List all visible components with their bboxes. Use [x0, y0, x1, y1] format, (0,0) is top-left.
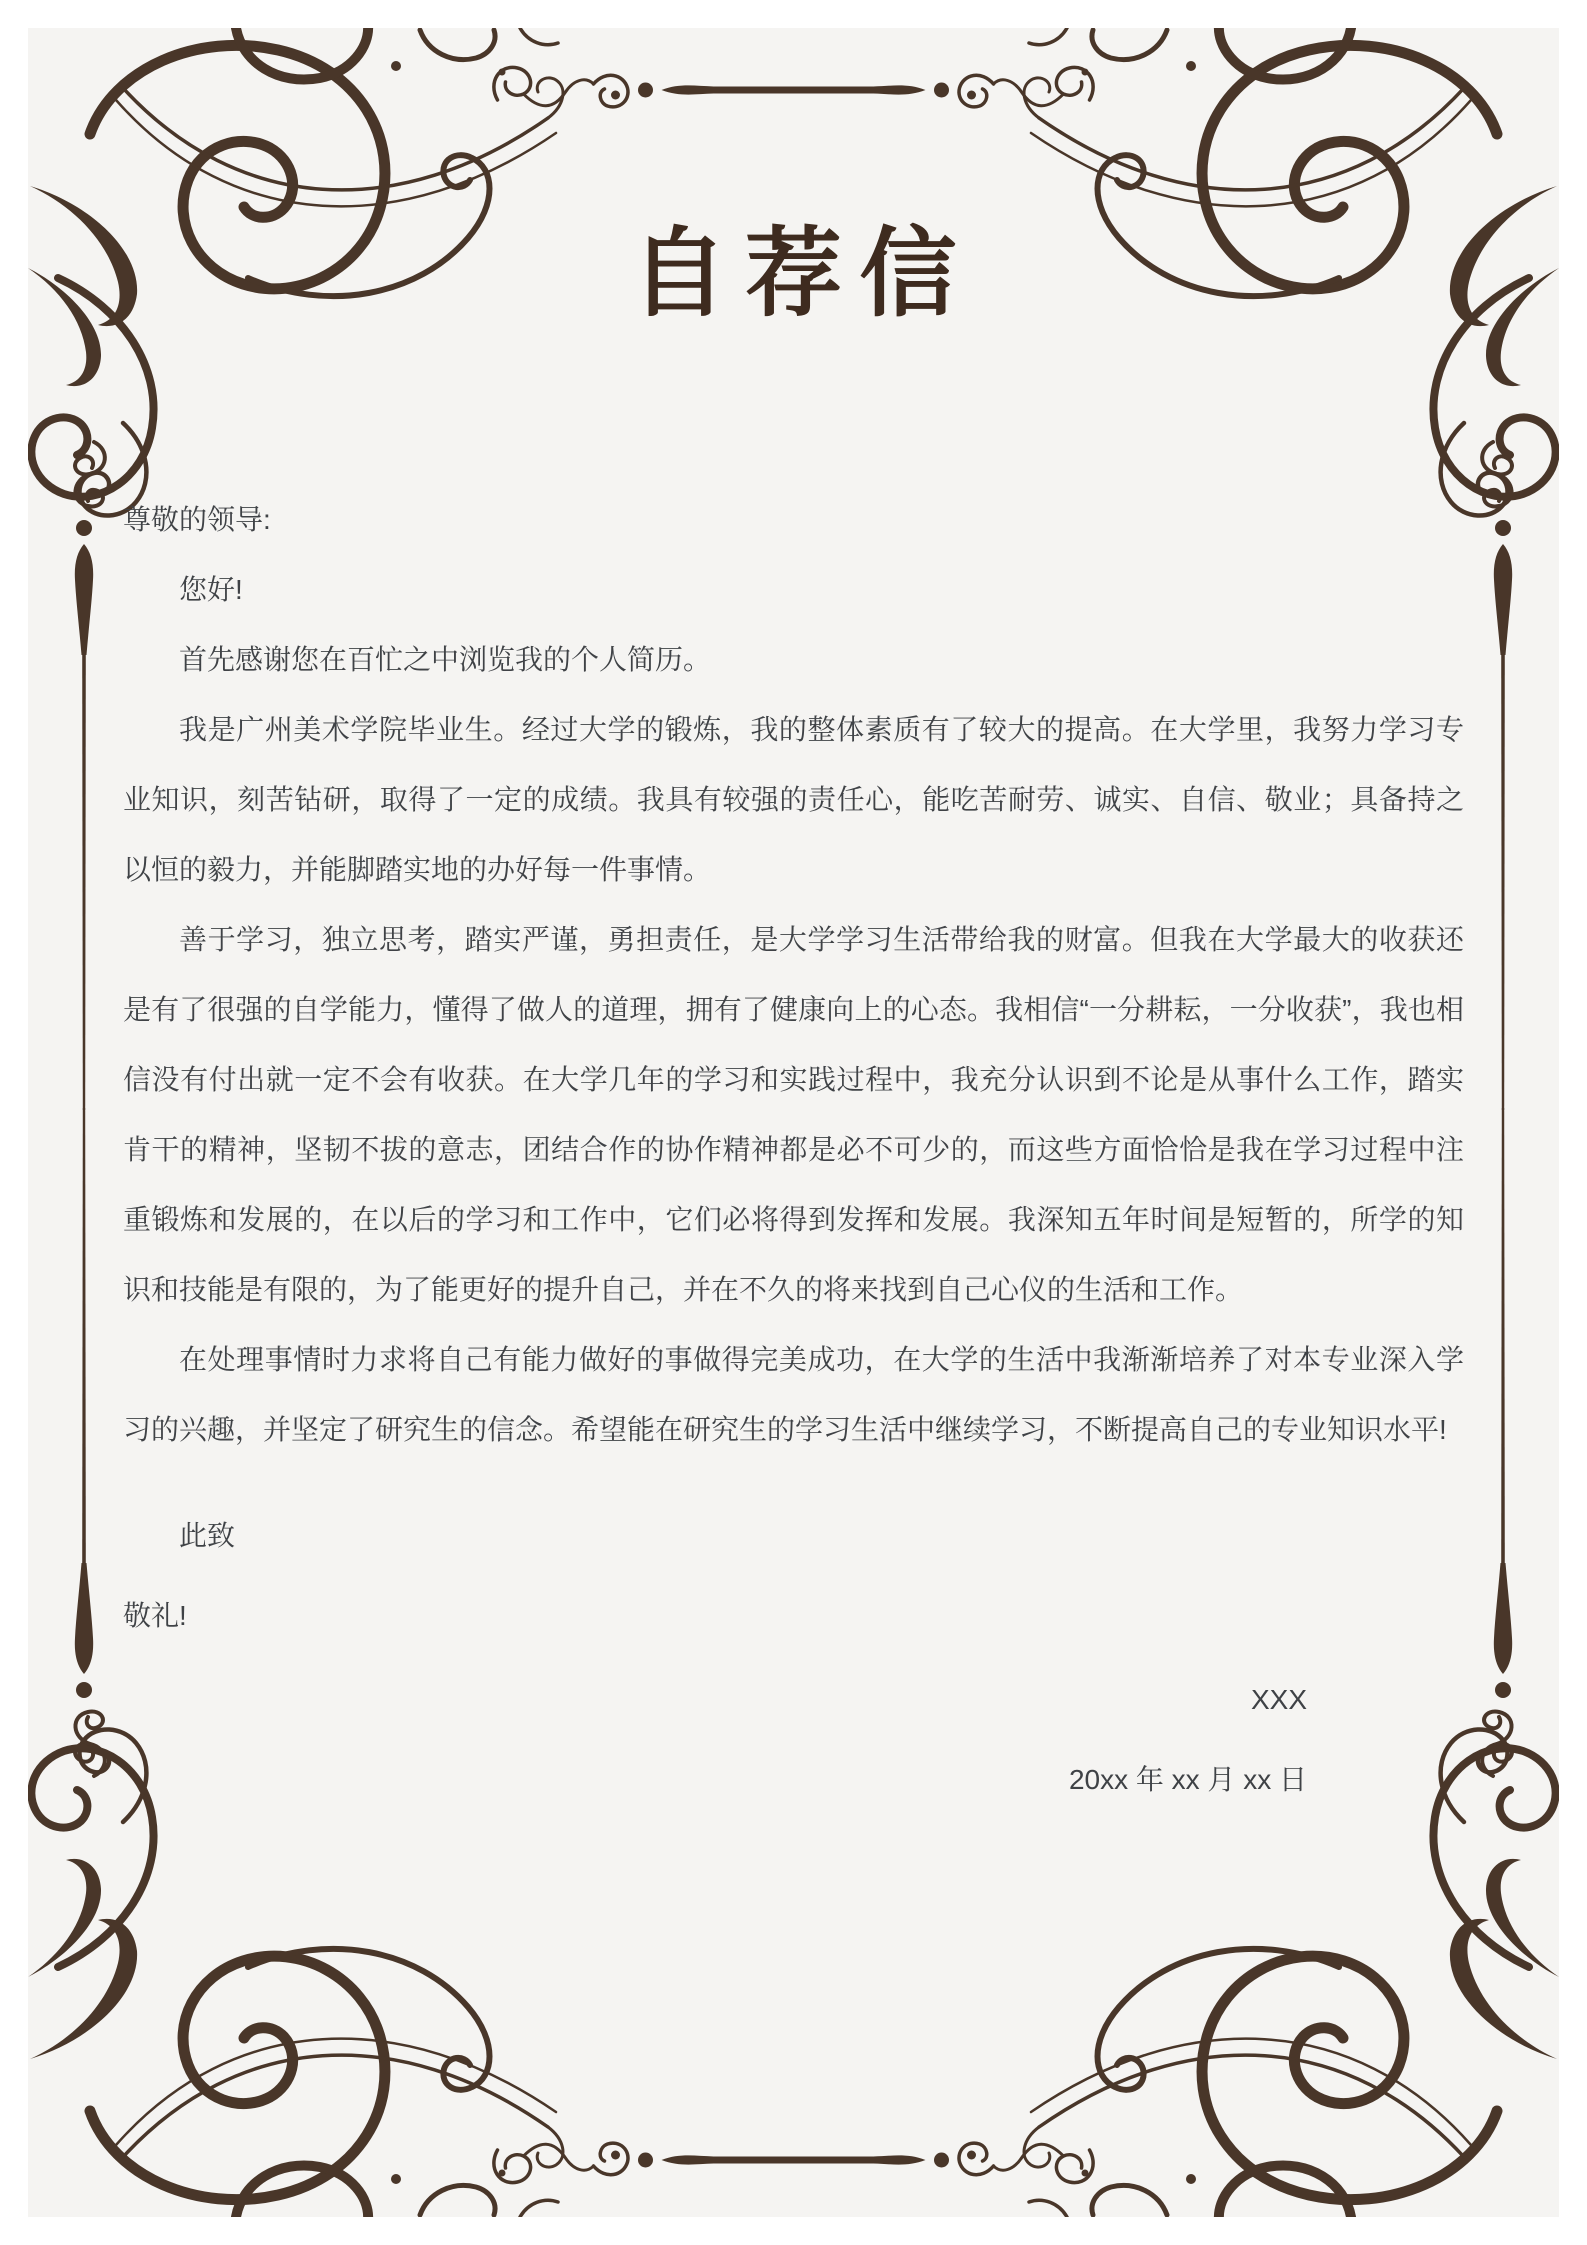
letter-page: 自荐信 尊敬的领导: 您好! 首先感谢您在百忙之中浏览我的个人简历。 我是广州美…: [28, 28, 1559, 2217]
letter-paragraph: 在处理事情时力求将自己有能力做好的事做得完美成功，在大学的生活中我渐渐培养了对本…: [123, 1325, 1464, 1465]
closing-respectfully: 此致: [123, 1501, 1464, 1571]
signature: XXX: [123, 1665, 1464, 1735]
letter-content: 自荐信 尊敬的领导: 您好! 首先感谢您在百忙之中浏览我的个人简历。 我是广州美…: [28, 28, 1559, 2217]
letter-document: 自荐信 尊敬的领导: 您好! 首先感谢您在百忙之中浏览我的个人简历。 我是广州美…: [0, 0, 1587, 2245]
letter-paragraph: 我是广州美术学院毕业生。经过大学的锻炼，我的整体素质有了较大的提高。在大学里，我…: [123, 695, 1464, 905]
title-area: 自荐信: [28, 28, 1559, 337]
letter-body: 尊敬的领导: 您好! 首先感谢您在百忙之中浏览我的个人简历。 我是广州美术学院毕…: [28, 485, 1559, 1815]
salutation: 尊敬的领导:: [123, 485, 1464, 555]
letter-paragraph: 您好!: [123, 555, 1464, 625]
closing-salute: 敬礼!: [123, 1581, 1464, 1651]
letter-paragraph: 首先感谢您在百忙之中浏览我的个人简历。: [123, 625, 1464, 695]
letter-paragraph: 善于学习，独立思考，踏实严谨，勇担责任，是大学学习生活带给我的财富。但我在大学最…: [123, 905, 1464, 1325]
date: 20xx 年 xx 月 xx 日: [123, 1745, 1464, 1815]
page-title: 自荐信: [28, 211, 1559, 337]
